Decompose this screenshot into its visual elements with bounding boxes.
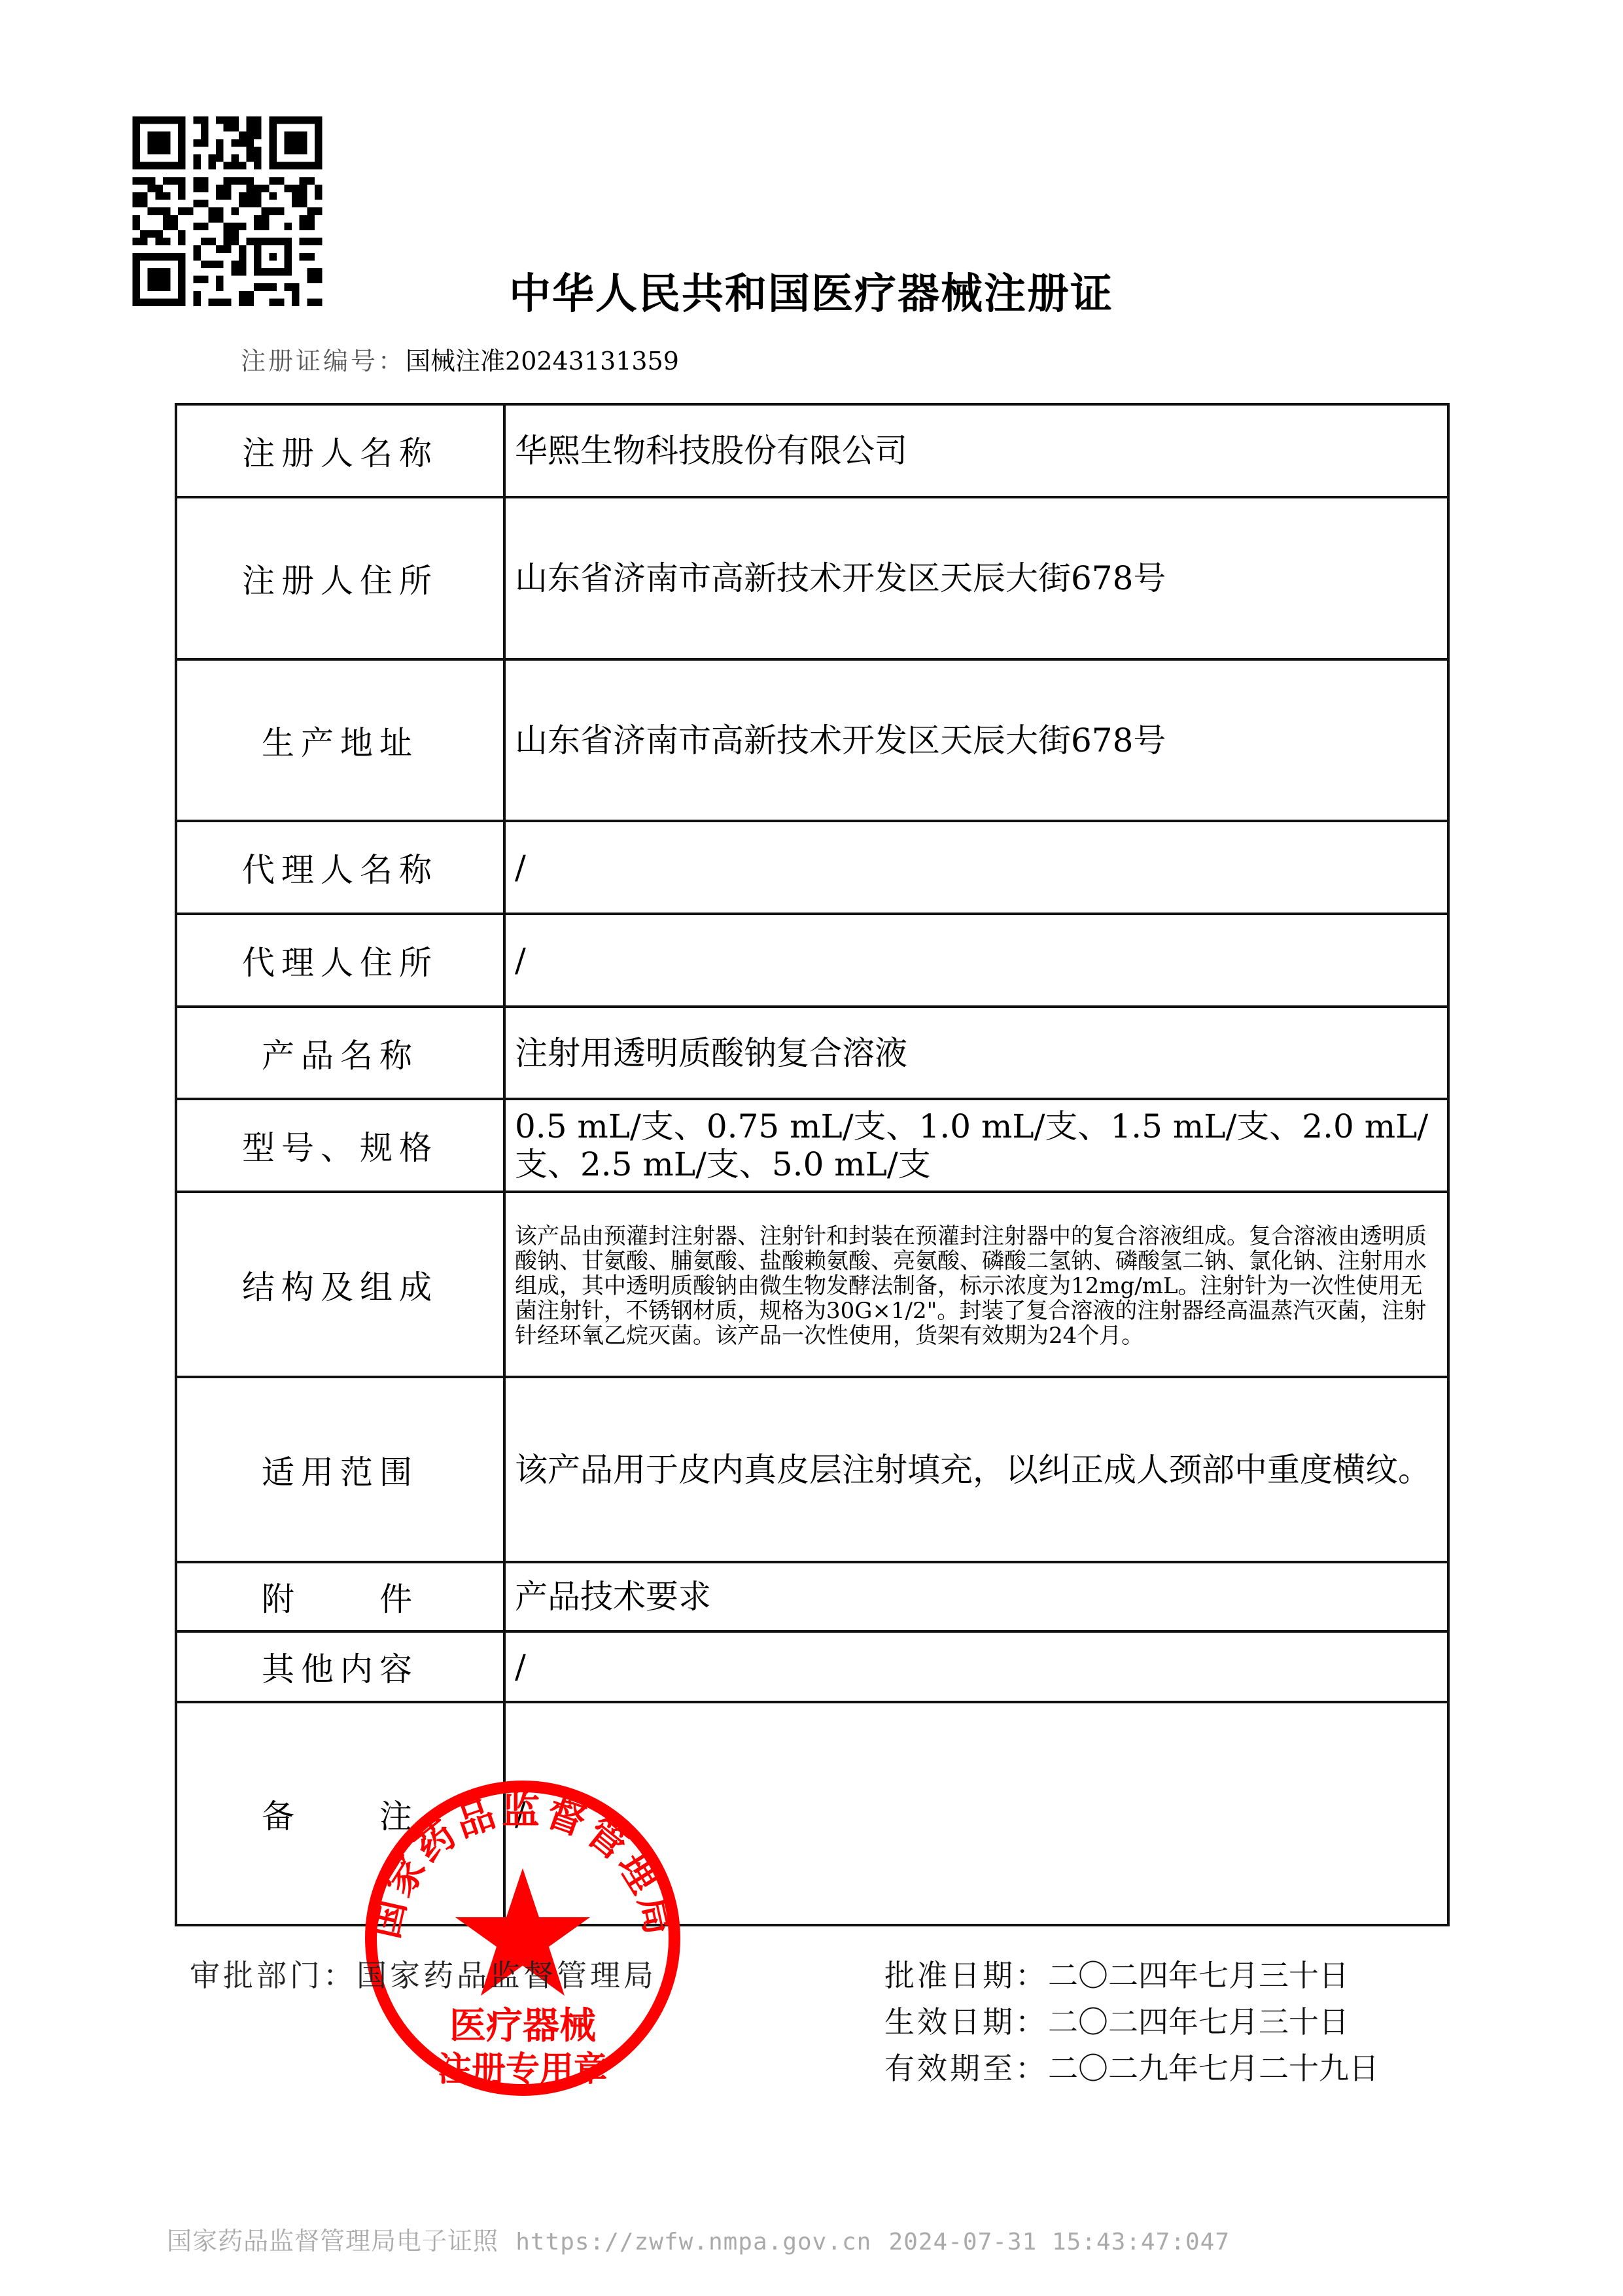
approval-department: 审批部门：国家药品监督管理局 — [190, 1956, 657, 1995]
approval-department-value: 国家药品监督管理局 — [357, 1958, 657, 1993]
field-label: 其他内容 — [176, 1631, 504, 1702]
effective-date-value: 二〇二四年七月三十日 — [1048, 2004, 1349, 2040]
date-block: 批准日期：二〇二四年七月三十日 生效日期：二〇二四年七月三十日 有效期至：二〇二… — [884, 1953, 1379, 2092]
certificate-title: 中华人民共和国医疗器械注册证 — [458, 268, 1164, 321]
field-value: 该产品由预灌封注射器、注射针和封装在预灌封注射器中的复合溶液组成。复合溶液由透明… — [504, 1192, 1448, 1377]
field-value: 产品技术要求 — [504, 1562, 1448, 1631]
field-label: 注册人名称 — [176, 404, 504, 497]
table-row: 附 件产品技术要求 — [176, 1562, 1448, 1631]
seal-line1: 医疗器械 — [449, 2005, 596, 2047]
field-label: 生产地址 — [176, 659, 504, 821]
footer-url[interactable]: https://zwfw.nmpa.gov.cn — [515, 2229, 871, 2255]
approval-date-value: 二〇二四年七月三十日 — [1048, 1958, 1349, 1993]
registration-number: 注册证编号：国械注准20243131359 — [241, 345, 679, 377]
field-label: 结构及组成 — [176, 1192, 504, 1377]
field-value: 山东省济南市高新技术开发区天辰大街678号 — [504, 497, 1448, 659]
table-row: 适用范围该产品用于皮内真皮层注射填充，以纠正成人颈部中重度横纹。 — [176, 1377, 1448, 1562]
field-value: 华熙生物科技股份有限公司 — [504, 404, 1448, 497]
expiry-date-label: 有效期至： — [884, 2051, 1048, 2086]
footer-timestamp: 2024-07-31 15:43:47:047 — [889, 2229, 1230, 2255]
registration-number-value: 国械注准20243131359 — [406, 347, 679, 375]
field-value: / — [504, 914, 1448, 1007]
footer-issuer: 国家药品监督管理局电子证照 — [167, 2227, 498, 2255]
effective-date-label: 生效日期： — [884, 2004, 1048, 2040]
field-value: / — [504, 1631, 1448, 1702]
field-value: 山东省济南市高新技术开发区天辰大街678号 — [504, 659, 1448, 821]
official-seal-icon: 国家药品监督管理局 医疗器械 注册专用章 — [361, 1777, 684, 2100]
qr-code — [131, 116, 324, 306]
approval-date-row: 批准日期：二〇二四年七月三十日 — [884, 1953, 1379, 1999]
certificate-table: 注册人名称华熙生物科技股份有限公司注册人住所山东省济南市高新技术开发区天辰大街6… — [175, 403, 1450, 1926]
effective-date-row: 生效日期：二〇二四年七月三十日 — [884, 1999, 1379, 2045]
field-value: 该产品用于皮内真皮层注射填充，以纠正成人颈部中重度横纹。 — [504, 1377, 1448, 1562]
table-row: 其他内容/ — [176, 1631, 1448, 1702]
field-label: 附 件 — [176, 1562, 504, 1631]
field-label: 产品名称 — [176, 1007, 504, 1099]
field-label: 型号、规格 — [176, 1099, 504, 1192]
table-row: 注册人住所山东省济南市高新技术开发区天辰大街678号 — [176, 497, 1448, 659]
electronic-certificate-footer: 国家药品监督管理局电子证照 https://zwfw.nmpa.gov.cn 2… — [167, 2221, 1230, 2257]
table-row: 结构及组成该产品由预灌封注射器、注射针和封装在预灌封注射器中的复合溶液组成。复合… — [176, 1192, 1448, 1377]
table-row: 代理人住所/ — [176, 914, 1448, 1007]
expiry-date-value: 二〇二九年七月二十九日 — [1048, 2051, 1379, 2086]
field-label: 代理人名称 — [176, 821, 504, 914]
approval-date-label: 批准日期： — [884, 1958, 1048, 1993]
table-row: 型号、规格0.5 mL/支、0.75 mL/支、1.0 mL/支、1.5 mL/… — [176, 1099, 1448, 1192]
expiry-date-row: 有效期至：二〇二九年七月二十九日 — [884, 2045, 1379, 2092]
approval-department-label: 审批部门： — [190, 1958, 357, 1993]
field-label: 适用范围 — [176, 1377, 504, 1562]
seal-line2: 注册专用章 — [438, 2050, 608, 2089]
table-row: 注册人名称华熙生物科技股份有限公司 — [176, 404, 1448, 497]
field-label: 代理人住所 — [176, 914, 504, 1007]
table-row: 产品名称注射用透明质酸钠复合溶液 — [176, 1007, 1448, 1099]
table-row: 生产地址山东省济南市高新技术开发区天辰大街678号 — [176, 659, 1448, 821]
table-row: 代理人名称/ — [176, 821, 1448, 914]
field-value: 注射用透明质酸钠复合溶液 — [504, 1007, 1448, 1099]
field-value: / — [504, 821, 1448, 914]
field-label: 注册人住所 — [176, 497, 504, 659]
field-value: 0.5 mL/支、0.75 mL/支、1.0 mL/支、1.5 mL/支、2.0… — [504, 1099, 1448, 1192]
registration-number-label: 注册证编号： — [241, 347, 406, 375]
